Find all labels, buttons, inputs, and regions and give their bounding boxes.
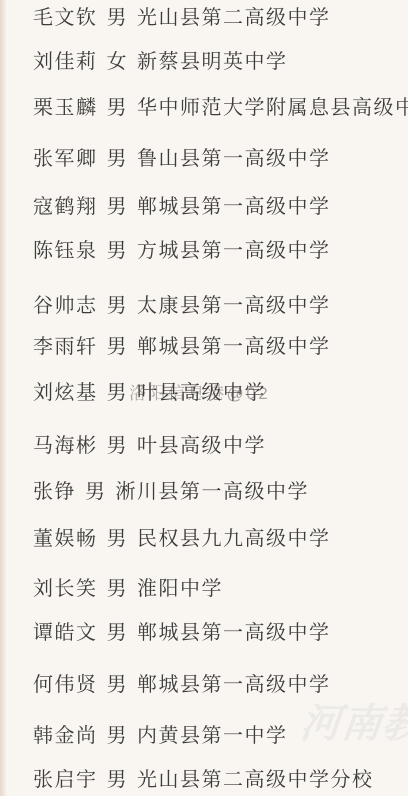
student-name: 毛文钦 (33, 7, 98, 29)
student-row: 陈钰泉男方城县第一高级中学 (33, 239, 331, 263)
student-row: 李雨轩男郸城县第一高级中学 (33, 335, 331, 359)
student-name: 栗玉麟 (33, 97, 98, 119)
student-row: 何伟贤男郸城县第一高级中学 (33, 673, 331, 697)
student-gender: 男 (107, 578, 129, 600)
student-gender: 男 (107, 196, 129, 218)
student-row: 董娱畅男民权县九九高级中学 (33, 527, 331, 551)
student-name: 谷帅志 (33, 295, 98, 317)
student-gender: 男 (85, 481, 107, 503)
student-gender: 男 (107, 435, 129, 457)
student-row: 张铮男淅川县第一高级中学 (33, 480, 309, 504)
student-gender: 男 (107, 622, 129, 644)
student-name: 刘长笑 (33, 578, 98, 600)
student-row: 谭皓文男郸城县第一高级中学 (33, 621, 331, 645)
student-row: 张军卿男鲁山县第一高级中学 (33, 147, 331, 171)
student-gender: 男 (107, 7, 129, 29)
student-name: 张军卿 (33, 148, 98, 170)
student-school: 郸城县第一高级中学 (137, 196, 331, 218)
student-school: 郸城县第一高级中学 (137, 336, 331, 358)
page-left-edge-shade (0, 0, 7, 796)
student-school: 太康县第一高级中学 (137, 295, 331, 317)
student-gender: 男 (107, 336, 129, 358)
student-name: 张铮 (33, 481, 76, 503)
student-school: 郸城县第一高级中学 (137, 622, 331, 644)
student-gender: 男 (107, 769, 129, 791)
student-row: 刘长笑男淮阳中学 (33, 577, 223, 601)
student-school: 光山县第二高级中学 (137, 7, 331, 29)
student-gender: 男 (107, 148, 129, 170)
student-name: 马海彬 (33, 435, 98, 457)
student-school: 华中师范大学附属息县高级中学 (137, 97, 408, 119)
student-name: 陈钰泉 (33, 240, 98, 262)
student-row: 毛文钦男光山县第二高级中学 (33, 6, 331, 30)
student-name: 董娱畅 (33, 528, 98, 550)
student-gender: 男 (107, 528, 129, 550)
student-row: 谷帅志男太康县第一高级中学 (33, 294, 331, 318)
student-gender: 女 (107, 51, 129, 73)
student-row: 马海彬男叶县高级中学 (33, 434, 266, 458)
student-name: 刘佳莉 (33, 51, 98, 73)
student-school: 光山县第二高级中学分校 (137, 769, 374, 791)
student-school: 叶县高级中学 (137, 435, 266, 457)
student-name: 张启宇 (33, 769, 98, 791)
student-gender: 男 (107, 674, 129, 696)
student-row: 刘佳莉女新蔡县明英中学 (33, 50, 288, 74)
student-school: 鲁山县第一高级中学 (137, 148, 331, 170)
student-name: 谭皓文 (33, 622, 98, 644)
student-row: 栗玉麟男华中师范大学附属息县高级中学 (33, 96, 408, 120)
student-name: 李雨轩 (33, 336, 98, 358)
student-school: 郸城县第一高级中学 (137, 674, 331, 696)
student-list-page: 毛文钦男光山县第二高级中学刘佳莉女新蔡县明英中学栗玉麟男华中师范大学附属息县高级… (0, 0, 408, 796)
student-school: 新蔡县明英中学 (137, 51, 288, 73)
student-name: 寇鹤翔 (33, 196, 98, 218)
student-row: 刘炫基男叶县高级中学 (33, 381, 266, 405)
student-name: 刘炫基 (33, 382, 98, 404)
student-name: 韩金尚 (33, 725, 98, 747)
student-school: 淅川县第一高级中学 (116, 481, 310, 503)
corner-watermark: 河南教 (298, 692, 408, 749)
student-gender: 男 (107, 382, 129, 404)
student-gender: 男 (107, 97, 129, 119)
student-school: 内黄县第一中学 (137, 725, 288, 747)
student-school: 淮阳中学 (137, 578, 223, 600)
student-name: 何伟贤 (33, 674, 98, 696)
student-row: 寇鹤翔男郸城县第一高级中学 (33, 195, 331, 219)
student-school: 叶县高级中学 (137, 382, 266, 404)
student-gender: 男 (107, 725, 129, 747)
student-row: 张启宇男光山县第二高级中学分校 (33, 768, 374, 792)
student-school: 方城县第一高级中学 (137, 240, 331, 262)
student-gender: 男 (107, 240, 129, 262)
student-gender: 男 (107, 295, 129, 317)
student-row: 韩金尚男内黄县第一中学 (33, 724, 288, 748)
student-school: 民权县九九高级中学 (137, 528, 331, 550)
